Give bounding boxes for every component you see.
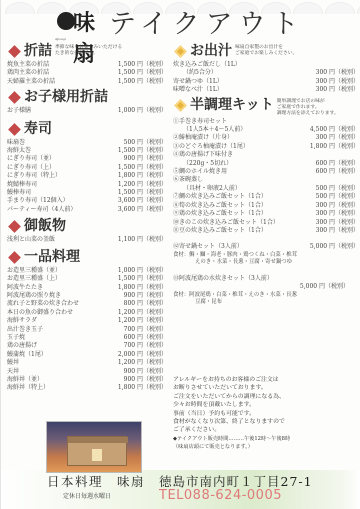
section-title: 半調理キット: [190, 96, 274, 114]
menu-item: ②鰆柚庵漬け（片身）300 円（税別）: [173, 134, 359, 142]
menu-item: 本日の魚の御盛り合わせ1,200 円（税別）: [7, 309, 167, 317]
menu-item: にぎり寿司（上）1,500 円（税別）: [7, 164, 167, 172]
diamond-icon: [8, 251, 21, 264]
menu-item: （220g・5切れ）600 円（税別）: [173, 160, 359, 168]
menu-item: お造里三種盛（並）1,000 円（税別）: [7, 267, 167, 275]
diamond-icon: [174, 99, 187, 112]
diamond-icon: [8, 220, 21, 233]
closed-days: 定休日毎週水曜日: [63, 491, 111, 500]
section-title: 御飯物: [24, 217, 66, 235]
menu-item: にぎり寿司（並）900 円（税別）: [7, 155, 167, 163]
menu-item: ⑩きのこの炊き込みご飯セット（1合）300 円（税別）: [173, 219, 359, 227]
menu-item: ⑥茶碗蒸し: [173, 176, 359, 184]
menu-item: 味扇巻500 円（税別）: [7, 139, 167, 147]
diamond-icon: [174, 45, 187, 58]
menu-item: 流れ子と野菜の炊き合わせ800 円（税別）: [7, 300, 167, 308]
section-title: お出汁: [190, 42, 232, 60]
menu-item: 鶏肉主菜の折詰1,500 円（税別）: [7, 69, 167, 77]
section-ippin: 一品料理 お造里三種盛（並）1,000 円（税別） お造里三種盛（上）1,500…: [7, 248, 167, 393]
menu-item-mizutaki-price: 5,000 円（税別）: [173, 283, 359, 291]
ingredients-line: えのき・水菜・長葱・豆腐・寄せ鍋つゆ: [173, 259, 359, 267]
menu-item-nabe-set: ⑫寄せ鍋セット（3人前）5,000 円（税別）: [173, 243, 359, 251]
diamond-icon: [8, 45, 21, 58]
section-gohan: 御飯物 浅利と山菜の釜飯1,100 円（税別）: [7, 217, 167, 244]
menu-item: 鶏の唐揚げ700 円（税別）: [7, 342, 167, 350]
section-kit: 半調理キット 簡単調理でお店の味が ご家庭で作れます。 調理方法を添えております…: [173, 96, 359, 307]
menu-item: 浅利と山菜の釜飯1,100 円（税別）: [7, 236, 167, 244]
menu-item: 味噌なべ汁（1L）300 円（税別）: [173, 86, 359, 94]
building-image: [67, 436, 127, 466]
restaurant-logo: 味扇 Ajiougi: [55, 3, 99, 45]
menu-item: 海鮮丼（特上）1,800 円（税別）: [7, 384, 167, 392]
menu-item: （約5合分）300 円（税別）: [173, 69, 359, 77]
ingredients-line: 豆腐・昆布: [173, 299, 359, 307]
left-column: 折詰 季節な味をお楽しみいただける たき的な折詰です。 焼魚主菜の折詰1,500…: [7, 42, 167, 393]
section-orizume: 折詰 季節な味をお楽しみいただける たき的な折詰です。 焼魚主菜の折詰1,500…: [7, 42, 167, 86]
menu-item: 海鮮サラダ1,200 円（税別）: [7, 317, 167, 325]
menu-item: ③のどぐろ柚庵漬け（1尾）1,800 円（税別）: [173, 143, 359, 151]
section-sushi: 寿司 味扇巻500 円（税別） 海鮮太巻1,500 円（税別） にぎり寿司（並）…: [7, 120, 167, 215]
takeout-menu-page: 味扇 Ajiougi テイクアウト 折詰 季節な味をお楽しみいただける たき的な…: [0, 0, 360, 509]
section-title: 折詰: [24, 42, 52, 60]
menu-item: 鰻丼1,200 円（税別）: [7, 359, 167, 367]
notice-block: アレルギーをお持ちのお客様のご注文は お断りさせていただいております。 ご注文を…: [173, 376, 359, 452]
menu-item: お造里三種盛（上）1,500 円（税別）: [7, 275, 167, 283]
section-note: 味扇自家製のお出汁を ご家庭でお楽しみください。: [235, 45, 297, 57]
restaurant-photo: [46, 421, 142, 473]
menu-item: お子様膳1,000 円（税別）: [7, 107, 167, 115]
menu-item: 鰻蒲焼（1尾）2,000 円（税別）: [7, 351, 167, 359]
menu-item: 寄せ鍋つゆ（1L）300 円（税別）: [173, 78, 359, 86]
menu-item: 天婦羅主菜の折詰1,500 円（税別）: [7, 78, 167, 86]
menu-item: ①手巻き寿司セット: [173, 118, 359, 126]
menu-item: ⑧筍の炊き込みご飯セット（1合）300 円（税別）: [173, 202, 359, 210]
section-dashi: お出汁 味扇自家製のお出汁を ご家庭でお楽しみください。 炊き込みご飯だし（1L…: [173, 42, 359, 95]
menu-item: ⑨鶏の炊き込みご飯セット（1合）300 円（税別）: [173, 210, 359, 218]
page-title: テイクアウト: [109, 2, 305, 41]
section-title: お子様用折詰: [24, 88, 108, 106]
page-header: 味扇 Ajiougi テイクアウト: [55, 2, 305, 45]
section-title: 寿司: [24, 120, 52, 138]
menu-item: ④鶏の唐揚げ下味付き: [173, 151, 359, 159]
shop-name: 日本料理 味扇: [47, 472, 145, 490]
phone-number[interactable]: TEL088-624-0005: [159, 488, 282, 503]
menu-item: ⑦鯛の炊き込みご飯セット（1合）500 円（税別）: [173, 193, 359, 201]
menu-item: 手まり寿司（12個入）3,600 円（税別）: [7, 197, 167, 205]
menu-item: パーティー寿司（4人前）3,600 円（税別）: [7, 206, 167, 214]
right-column: お出汁 味扇自家製のお出汁を ご家庭でお楽しみください。 炊き込みご飯だし（1L…: [173, 42, 359, 307]
logo-subtext: Ajiougi: [55, 37, 66, 41]
section-kids: お子様用折詰 お子様膳1,000 円（税別）: [7, 88, 167, 115]
section-note: 季節な味をお楽しみいただける たき的な折詰です。: [55, 45, 122, 57]
diamond-icon: [8, 123, 21, 136]
menu-item: 焼鯖棒寿司1,200 円（税別）: [7, 181, 167, 189]
section-title: 一品料理: [24, 248, 80, 266]
menu-item: 出汁巻き玉子700 円（税別）: [7, 326, 167, 334]
menu-item: ⑪豆の炊き込みご飯セット（1合）300 円（税別）: [173, 227, 359, 235]
diamond-icon: [8, 91, 21, 104]
menu-item: 天丼900 円（税別）: [7, 368, 167, 376]
menu-item: 阿波牛たたき1,800 円（税別）: [7, 284, 167, 292]
menu-item: にぎり寿司（特上）1,800 円（税別）: [7, 172, 167, 180]
section-note: 簡単調理でお店の味が ご家庭で作れます。 調理方法を添えております。: [277, 99, 339, 117]
